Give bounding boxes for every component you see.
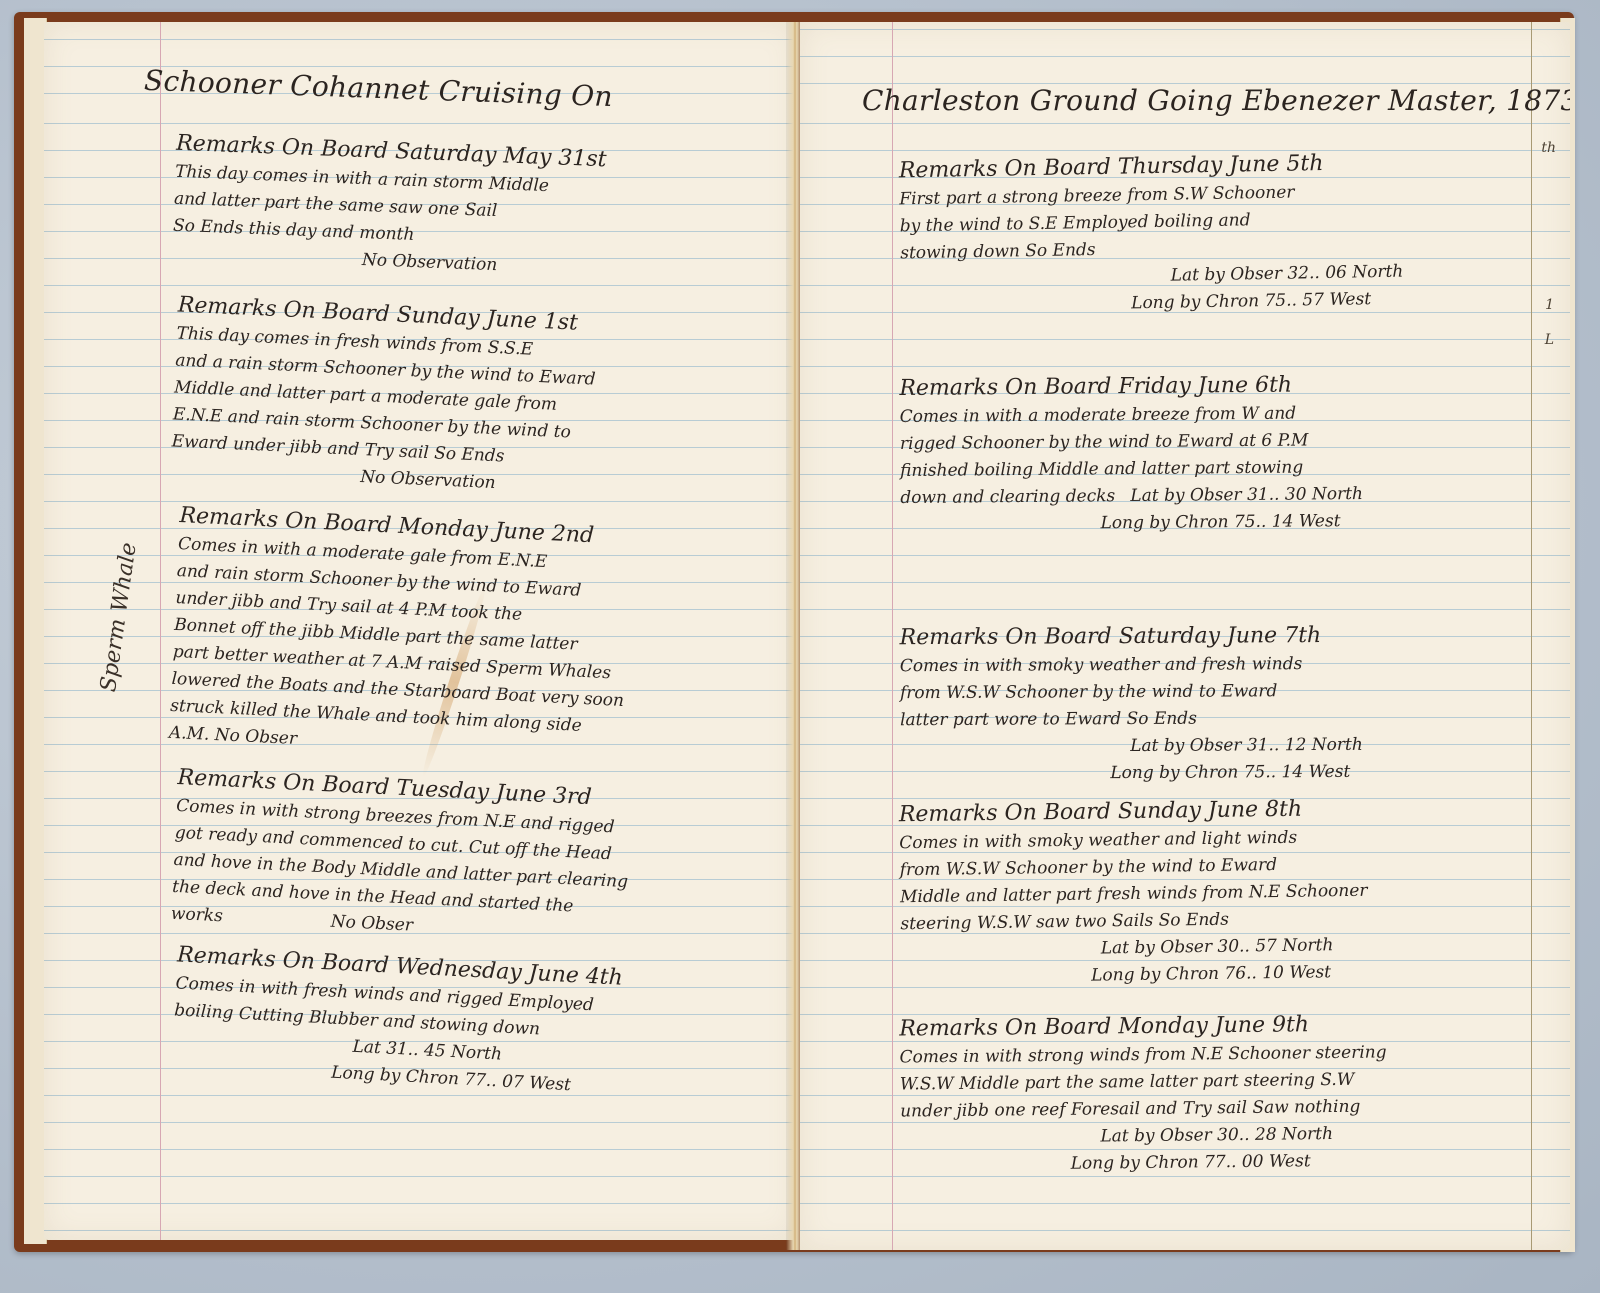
log-entry: Remarks On Board Wednesday June 4th Come… — [171, 940, 624, 1101]
entry-line: from W.S.W Schooner by the wind to Eward — [900, 678, 1363, 707]
right-edge-rule — [1531, 22, 1532, 1250]
longitude-observation: Long by Chron 75.. 14 West — [900, 508, 1363, 539]
left-page: Schooner Cohannet Cruising On Remarks On… — [44, 22, 796, 1240]
entry-title: Remarks On Board Saturday June 7th — [900, 621, 1363, 653]
log-entry: Remarks On Board Sunday June 1st This da… — [170, 291, 599, 502]
right-page-header: Charleston Ground Going Ebenezer Master,… — [862, 84, 1570, 117]
edge-mark: th — [1541, 140, 1556, 156]
log-entry: Remarks On Board Saturday May 31st This … — [172, 129, 608, 283]
entry-line: Comes in with a moderate breeze from W a… — [900, 400, 1363, 431]
log-entry: Remarks On Board Monday June 2nd Comes i… — [168, 501, 632, 769]
longitude-observation: Long by Chron 76.. 10 West — [901, 959, 1369, 993]
entry-line: latter part wore to Eward So Ends — [900, 705, 1363, 734]
latitude-observation: Lat by Obser 31.. 12 North — [900, 732, 1363, 761]
edge-mark: 1 — [1545, 297, 1554, 313]
entry-line: rigged Schooner by the wind to Eward at … — [900, 427, 1363, 458]
log-entry: Remarks On Board Saturday June 7th Comes… — [900, 621, 1363, 788]
longitude-observation: Long by Chron 77.. 00 West — [901, 1147, 1388, 1179]
longitude-observation: Long by Chron 75.. 14 West — [900, 759, 1363, 788]
entry-line: Comes in with smoky weather and fresh wi… — [900, 651, 1363, 680]
right-page: Charleston Ground Going Ebenezer Master,… — [800, 22, 1570, 1250]
log-entry: Remarks On Board Monday June 9th Comes i… — [899, 1009, 1388, 1179]
left-page-header: Schooner Cohannet Cruising On — [144, 64, 614, 113]
edge-mark: L — [1545, 332, 1554, 348]
left-margin-line — [160, 22, 161, 1240]
entry-title: Remarks On Board Friday June 6th — [899, 370, 1362, 404]
log-entry: Remarks On Board Friday June 6th Comes i… — [899, 370, 1363, 539]
right-margin-line — [892, 22, 893, 1250]
log-entry: Remarks On Board Thursday June 5th First… — [899, 148, 1404, 322]
entry-line: finished boiling Middle and latter part … — [900, 454, 1363, 485]
log-entry: Remarks On Board Tuesday June 3rd Comes … — [170, 763, 632, 950]
latitude-observation: Lat by Obser 30.. 28 North — [900, 1120, 1387, 1152]
log-entry: Remarks On Board Sunday June 8th Comes i… — [899, 794, 1369, 993]
